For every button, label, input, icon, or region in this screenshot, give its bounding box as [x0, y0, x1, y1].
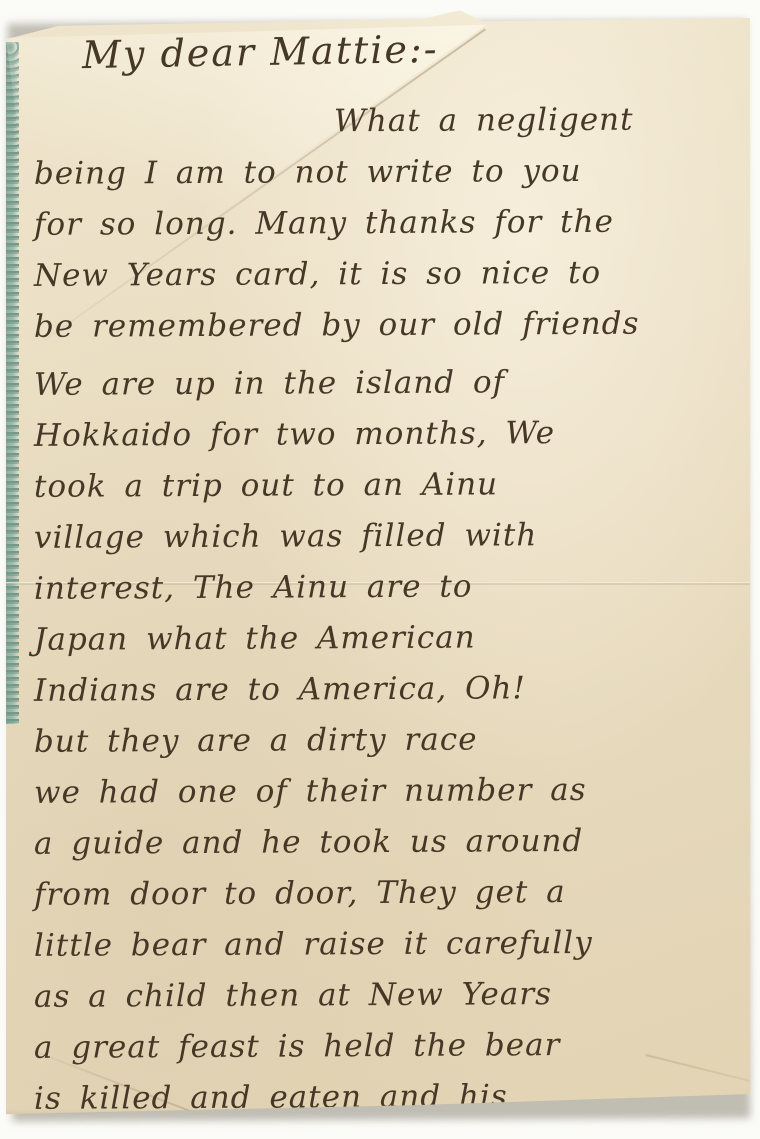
handwritten-line: Indians are to America, Oh!	[34, 662, 740, 717]
handwritten-line: a great feast is held the bear	[34, 1019, 740, 1074]
handwritten-line: New Years card, it is so nice to	[34, 247, 740, 302]
handwritten-line: be remembered by our old friends	[34, 298, 740, 353]
scanned-letter-photo: My dear Mattie:- What a negligent being …	[0, 0, 760, 1139]
handwritten-line: village which was filled with	[34, 509, 740, 564]
handwritten-line: as a child then at New Years	[34, 968, 740, 1023]
letter-body: What a negligent being I am to not write…	[34, 96, 740, 1123]
handwritten-line: a guide and he took us around	[34, 815, 740, 870]
handwritten-line: Hokkaido for two months, We	[34, 407, 740, 462]
handwritten-line: Japan what the American	[34, 611, 740, 666]
handwritten-line: interest, The Ainu are to	[34, 560, 740, 615]
handwritten-line: being I am to not write to you	[34, 145, 740, 200]
handwritten-line: but they are a dirty race	[34, 713, 740, 768]
handwritten-line: for so long. Many thanks for the	[34, 196, 740, 251]
salutation: My dear Mattie:-	[82, 27, 439, 77]
handwritten-line: little bear and raise it carefully	[34, 917, 740, 972]
letter-page: My dear Mattie:- What a negligent being …	[6, 8, 750, 1123]
handwritten-line: from door to door, They get a	[34, 866, 740, 921]
handwritten-line: We are up in the island of	[34, 356, 740, 411]
teal-deckle-edge	[6, 42, 19, 724]
handwritten-line: took a trip out to an Ainu	[34, 458, 740, 513]
handwritten-line: we had one of their number as	[34, 764, 740, 819]
handwritten-line: What a negligent	[34, 94, 740, 149]
